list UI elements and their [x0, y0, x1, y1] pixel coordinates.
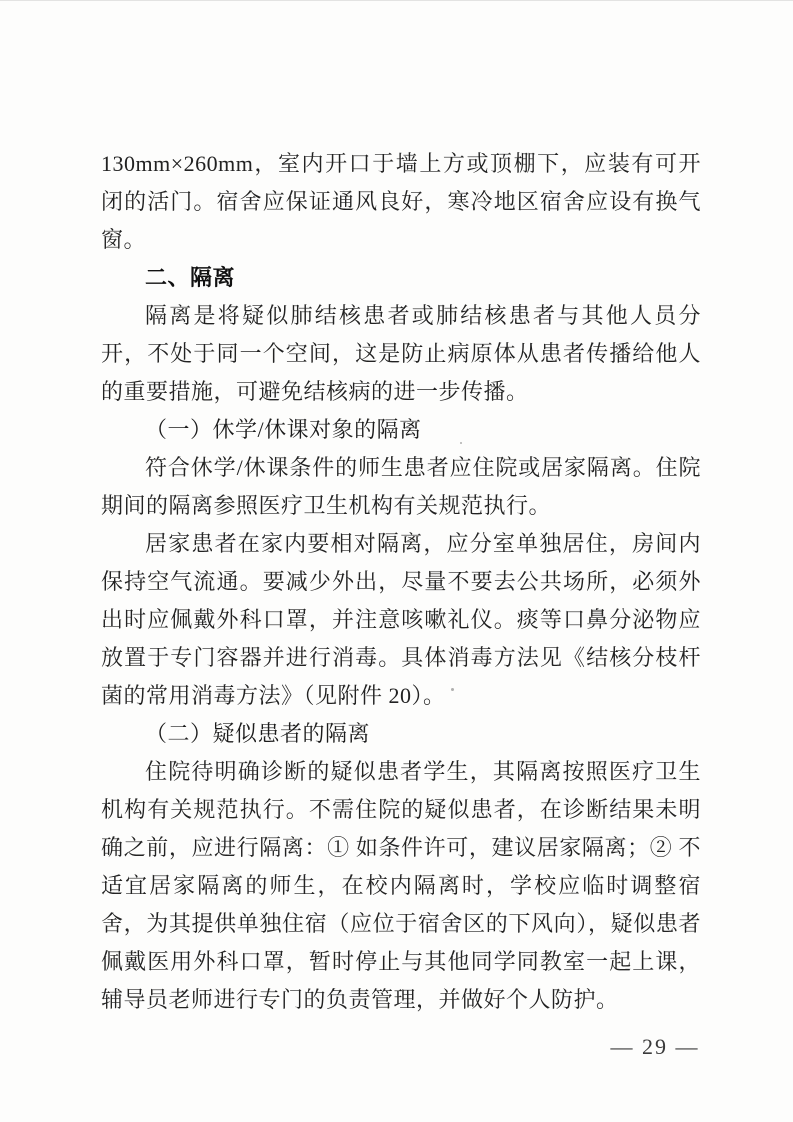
paragraph-hospital-or-home-isolation: 符合休学/休课条件的师生患者应住院或居家隔离。住院期间的隔离参照医疗卫生机构有关… — [101, 449, 701, 525]
page-body-text: 130mm×260mm，室内开口于墙上方或顶棚下，应装有可开闭的活门。宿舍应保证… — [101, 145, 701, 1019]
scan-speckle — [460, 442, 462, 444]
heading-section-2-isolation: 二、隔离 — [101, 259, 701, 297]
heading-subsection-2-suspected-patients: （二）疑似患者的隔离 — [101, 715, 701, 753]
paragraph-suspected-patient-isolation: 住院待明确诊断的疑似患者学生，其隔离按照医疗卫生机构有关规范执行。不需住院的疑似… — [101, 753, 701, 1019]
paragraph-home-isolation-measures: 居家患者在家内要相对隔离，应分室单独居住，房间内保持空气流通。要减少外出，尽量不… — [101, 525, 701, 715]
paragraph-isolation-definition: 隔离是将疑似肺结核患者或肺结核患者与其他人员分开，不处于同一个空间，这是防止病原… — [101, 297, 701, 411]
document-page: 130mm×260mm，室内开口于墙上方或顶棚下，应装有可开闭的活门。宿舍应保证… — [0, 0, 793, 1122]
scan-edge-artifact — [0, 0, 793, 1]
heading-subsection-1-suspension-targets: （一）休学/休课对象的隔离 — [101, 411, 701, 449]
scan-speckle — [451, 688, 454, 691]
page-number: — 29 — — [595, 1034, 715, 1060]
paragraph-ventilation-continued: 130mm×260mm，室内开口于墙上方或顶棚下，应装有可开闭的活门。宿舍应保证… — [101, 145, 701, 259]
